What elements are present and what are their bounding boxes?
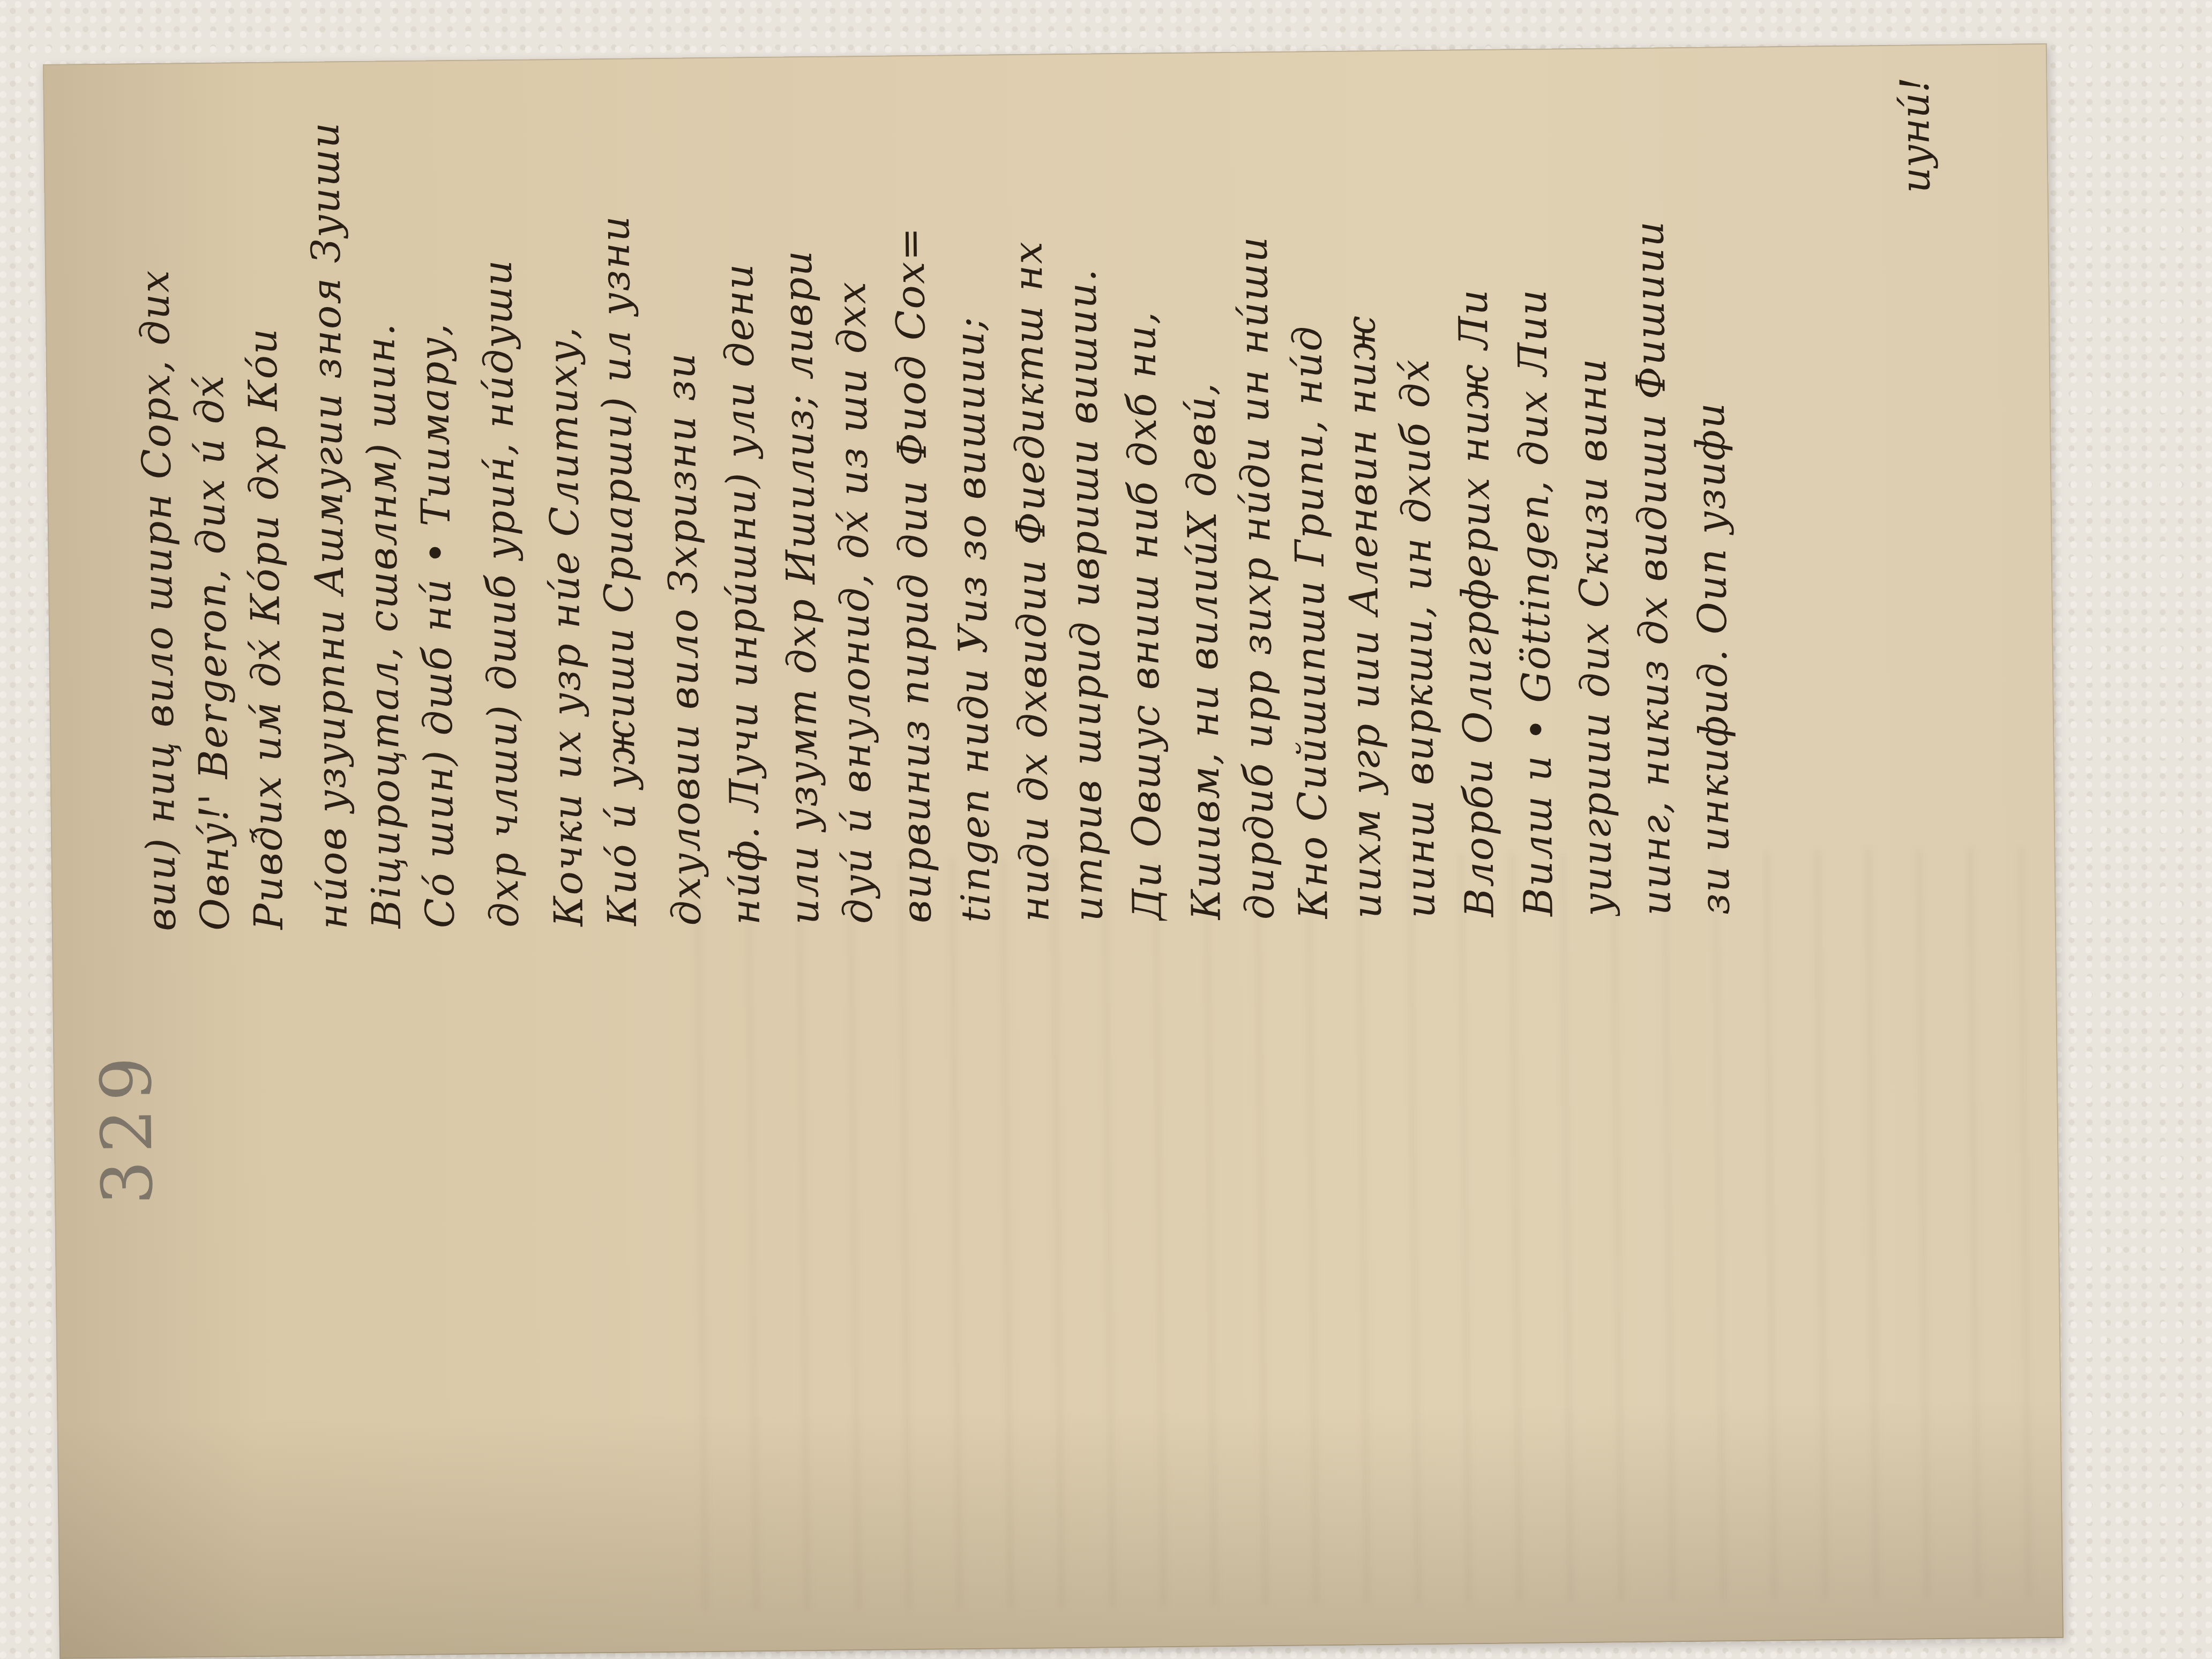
script-line: иинш виркши, ин дхиб дх́ [1388,82,1445,918]
script-line: Овну́!' Bergeron, дих и́ дх́ [183,94,240,931]
script-line: ниди дх дхвидии Фиедиктш нх [1003,86,1059,922]
script-line: вирвиниз пирид дии Фиод Сох= [885,87,941,924]
script-line: иихм угр иии Аленвин ниж [1334,83,1391,919]
page-number: 329 [85,1049,168,1206]
script-line: Ди Овшус вниш ниб дхб ни, [1115,85,1172,921]
script-line: Вилш и • Göttingen, дих Лии [1506,80,1563,917]
signoff-text: иуни́! [1892,77,1939,193]
script-line: Влорби Олигрферих ниж Ли [1447,81,1504,918]
script-line: Кшивм, ни вилии́Х деви́, [1174,84,1231,921]
script-line: Кио́ и́ ужиши Сриарши) ил узни [590,90,647,926]
script-line: дхр члши) дшиб урин́, ни́души [472,92,529,928]
script-line: ни́ов узуирпни Ашмугии зноя Зуиши [301,93,357,930]
script-line: зи инкифид. Оип узифи [1683,79,1739,915]
script-line: иинг, никиз дх видиши Фишиии [1624,79,1680,916]
script-line: дхуловии вило Зхризни зи [654,89,711,926]
script-line: дирдиб ирр зихр ни́ди ин ни́ши [1228,84,1284,920]
handwritten-text-block: вии) ниц вило ширн Сорх, дих Овну́!' Ber… [129,78,1852,942]
script-line: дуи́ и́ внулонид, дх́ из ши дхх [826,88,883,924]
script-line: итрив ширид ивриши вишии. [1056,85,1113,922]
script-line: Віцироцтал, сшвлнм) шин. [354,93,411,929]
script-line: Со́ шин) дшб ни́ • Тиимару, [408,92,465,929]
script-line: или узумт дхр Ишилиз; ливри [772,88,829,925]
script-line: tingen ниди Уиз зо вишиии; [944,86,1000,923]
script-line: Кочки их узр ни́е Слитиху, [536,91,593,927]
script-line: ни́ф. Лучи инри́шни) ули дени [713,89,770,925]
ink-bleed-through [694,847,2042,1611]
script-line: Кно Сийшипши Грипи, ни́д [1281,83,1338,920]
script-line: вии) ниц вило ширн Сорх, дих [129,95,186,931]
script-line: уиигриии дих Скизи вини [1565,80,1621,916]
manuscript-page: 329 вии) ниц вило ширн Сорх, дих Овну́!'… [43,43,2064,1659]
script-line: Ривд́их им́ дх́ Ко́ри дхр Ко́и [236,94,293,930]
